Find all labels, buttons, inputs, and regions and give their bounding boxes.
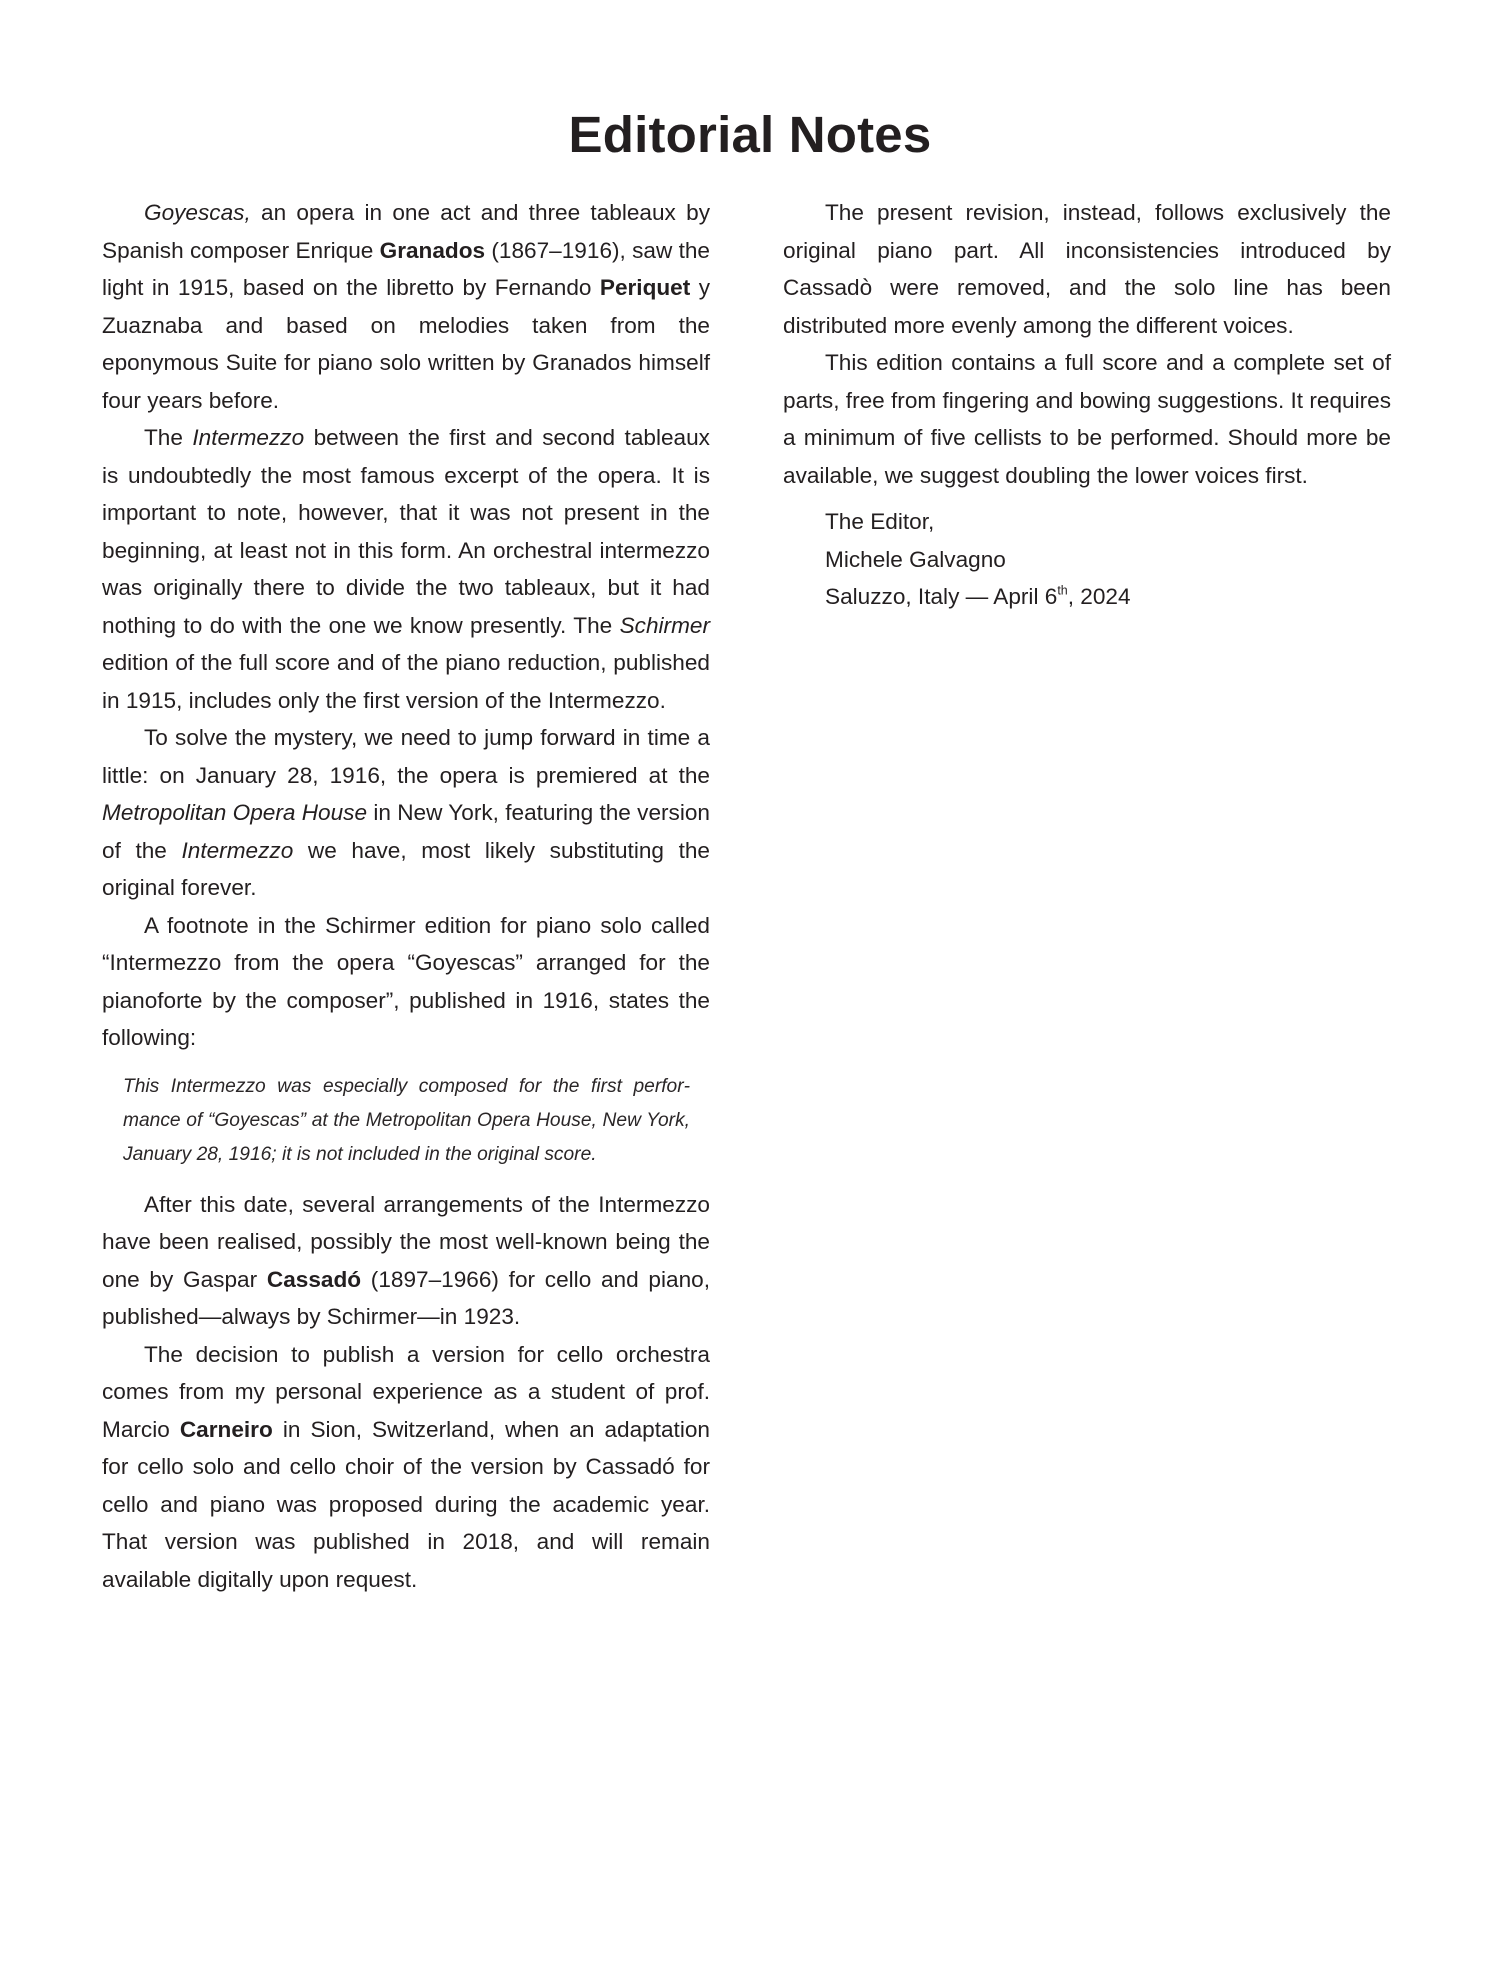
paragraph-edition-contents: This edition contains a full score and a… — [783, 344, 1391, 494]
signature-place-date: Saluzzo, Italy — April 6th, 2024 — [825, 578, 1391, 616]
text: in Sion, Switzerland, when an ad­aptatio… — [102, 1417, 710, 1592]
signature-role: The Editor, — [825, 503, 1391, 541]
bold-name: Carneiro — [180, 1417, 273, 1442]
bold-name: Peri­quet — [600, 275, 690, 300]
year-text: , 2024 — [1068, 584, 1131, 609]
paragraph-premiere: To solve the mystery, we need to jump fo… — [102, 719, 710, 907]
text: To solve the mystery, we need to jump fo… — [102, 725, 710, 788]
place-date-text: Saluzzo, Italy — April 6 — [825, 584, 1057, 609]
italic-text: Metropolitan Opera House — [102, 800, 367, 825]
italic-text: Intermezzo — [182, 838, 294, 863]
left-column: Goyescas, an opera in one act and three … — [102, 194, 710, 1598]
paragraph-goyescas-intro: Goyescas, an opera in one act and three … — [102, 194, 710, 419]
paragraph-intermezzo-history: The Intermezzo between the first and sec… — [102, 419, 710, 719]
footnote-quote: This Intermezzo was especially composed … — [123, 1070, 690, 1172]
text: between the first and second tab­leaux i… — [102, 425, 710, 638]
right-column: The present revision, instead, follows e… — [783, 194, 1391, 616]
italic-text: Schirmer — [620, 613, 710, 638]
paragraph-decision: The decision to publish a version for ce… — [102, 1336, 710, 1599]
signature-name: Michele Galvagno — [825, 541, 1391, 579]
ordinal-suffix: th — [1057, 584, 1067, 598]
signature-block: The Editor, Michele Galvagno Saluzzo, It… — [825, 503, 1391, 616]
bold-name: Cassadó — [267, 1267, 361, 1292]
page-title: Editorial Notes — [0, 100, 1500, 170]
italic-text: Goyescas, — [144, 200, 251, 225]
paragraph-present-revision: The present revision, instead, follows e… — [783, 194, 1391, 344]
bold-name: Granados — [380, 238, 485, 263]
text: The — [144, 425, 192, 450]
paragraph-footnote-intro: A footnote in the Schirmer edition for p… — [102, 907, 710, 1057]
paragraph-arrangements: After this date, several arrangements of… — [102, 1186, 710, 1336]
italic-text: Intermezzo — [192, 425, 304, 450]
text: edition of the full score and of the pia… — [102, 650, 710, 713]
